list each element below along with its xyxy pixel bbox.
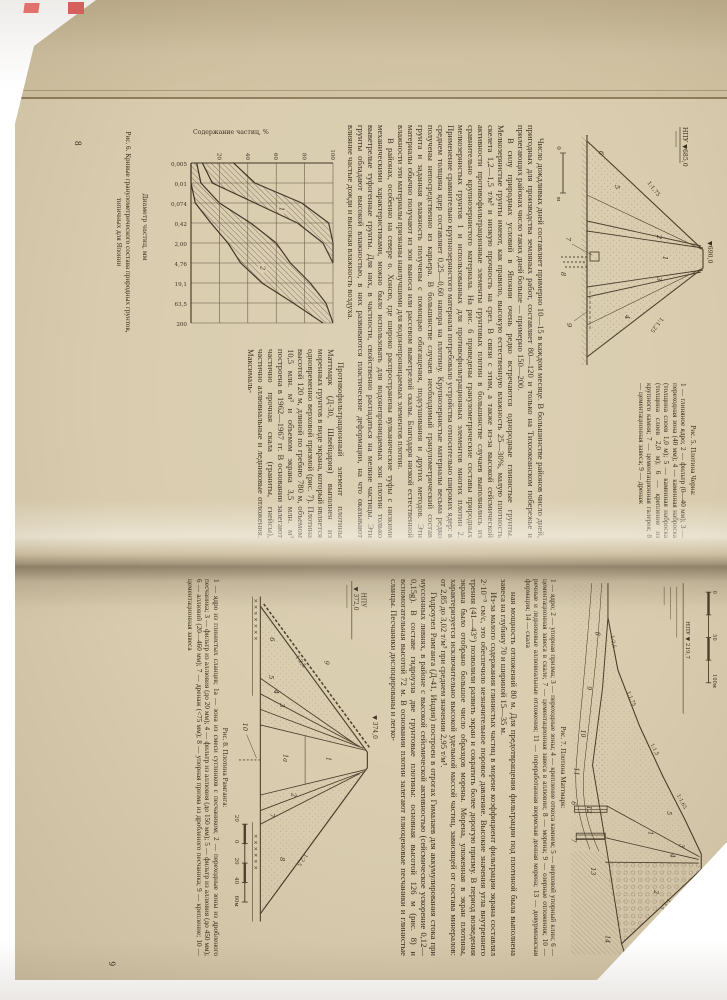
x-tick: 200 — [176, 322, 187, 328]
figure-7-caption-items: 1 — ядро; 2 — упорная призма; 3 — перехо… — [524, 579, 558, 956]
x-axis-label: Диаметр частиц, мм — [141, 194, 148, 261]
page-8: НПУ ▼685,0 ▼690,0 1:1,75 1:1,25 1 2 3 4 … — [15, 97, 727, 552]
zone-label: 5 — [268, 675, 276, 679]
paragraph: ная мощность отложений 80 м. Для предотв… — [500, 579, 520, 956]
y-tick: 80 — [301, 153, 307, 161]
paragraph: Гидроузел Рамганга (Д-41, Индия) построе… — [390, 579, 440, 956]
fig5-scale-zero: 0 — [555, 146, 561, 150]
fig8-scale-tick: 20 — [234, 815, 240, 822]
x-tick: 0,01 — [175, 182, 187, 188]
figure-8-caption: Рис. 8. Плотина Рамганга: 1 — ядро из гл… — [186, 579, 230, 956]
x-tick: 63,5 — [175, 302, 188, 308]
figure-7-caption: Рис. 7. Плотина Маттмарк: 1 — ядро; 2 — … — [524, 579, 568, 956]
grain-size-chart: 1 2 20 40 60 80 100 0,005 0,01 0,074 0,4… — [133, 125, 343, 339]
zone-label: 14 — [603, 935, 610, 943]
x-tick: 0,074 — [171, 202, 187, 208]
fig8-scale-tick: 60м — [234, 895, 240, 907]
zone-label: 9 — [323, 661, 331, 666]
fig5-crest-elevation: ▼690,0 — [706, 241, 713, 264]
band-label: 1 — [278, 207, 286, 211]
zone-label: 2 — [652, 889, 659, 894]
zone-label: 8 — [559, 272, 567, 277]
zone-label: 3 — [278, 703, 286, 707]
zone-label: 8 — [278, 857, 286, 861]
zone-label: 2 — [290, 792, 298, 797]
open-book-spread: НПУ ▼685,0 ▼690,0 1:1,75 1:1,25 1 2 3 4 … — [15, 0, 727, 980]
y-tick: 40 — [244, 153, 250, 161]
zone-label: 5 — [665, 811, 672, 815]
fig8-scale-tick: 40 — [234, 877, 240, 884]
figure-8-block: × × × × × × × × × × × × × НПУ ▼ 372,0 ▼ … — [186, 579, 388, 956]
fig8-npu-label: НПУ — [360, 593, 367, 608]
zone-label: 1 — [325, 757, 333, 761]
zone-label: 6 — [597, 151, 605, 156]
fig7-scale-tick: 0 — [711, 591, 717, 594]
fig8-scale-tick: 0 — [234, 840, 240, 844]
zone-label: 4 — [623, 314, 631, 319]
fig7-scale-tick: 50 — [711, 634, 717, 640]
paragraph: Число дождливых дней составляет примерно… — [516, 125, 546, 538]
figure-8-dam-drawing: × × × × × × × × × × × × × НПУ ▼ 372,0 ▼ … — [232, 579, 388, 939]
zone-label: 10 — [241, 723, 249, 731]
rock-marks: × × × × × × × — [253, 598, 259, 640]
figure-8-caption-title: Рис. 8. Плотина Рамганга: — [221, 579, 230, 956]
zone-label: 1 — [647, 831, 654, 835]
fig7-npu-elevation: НПУ ▼ 219,7 — [684, 621, 690, 659]
page-number-9: 9 — [107, 962, 117, 967]
fig7-scale-tick: 100м — [711, 674, 717, 688]
band-label: 2 — [259, 265, 267, 270]
zone-label: 7 — [564, 237, 572, 242]
zone-label: 7 — [570, 838, 577, 842]
figure-6-chart-block: 1 2 20 40 60 80 100 0,005 0,01 0,074 0,4… — [115, 125, 343, 339]
zone-label: 13 — [589, 867, 596, 875]
paragraph: Из-за малого содержания глинистых частиц… — [440, 579, 500, 956]
x-tick: 4,76 — [175, 262, 188, 268]
zone-label: 1 — [661, 256, 669, 260]
rock-marks: × × × × × × — [253, 834, 259, 870]
paragraph: В силу природных условий в Японии очень … — [396, 125, 516, 538]
fig5-scale-unit: м — [555, 197, 561, 202]
figure-5-caption-title: Рис. 5. Плотина Черна: — [689, 383, 698, 538]
page-stack-edge — [15, 0, 727, 99]
zone-label: 11 — [572, 768, 579, 776]
x-tick: 19,1 — [175, 282, 187, 288]
figure-7-caption-title: Рис. 7. Плотина Маттмарк: — [559, 579, 568, 956]
x-tick: 2,00 — [175, 242, 188, 248]
paragraph: В районах, особенно на севере о. Хонсю, … — [346, 125, 396, 538]
fig8-water-level: ▼ 372,0 — [352, 587, 359, 611]
figure-5-caption-items: 1 — глиняное ядро; 2 — фильтр (0—40 мм);… — [637, 383, 688, 538]
fig5-npu-elevation: НПУ ▼685,0 — [681, 127, 688, 167]
fig8-scale-tick: 20 — [234, 858, 240, 865]
y-tick: 100 — [329, 149, 335, 160]
figure-5-dam-drawing: НПУ ▼685,0 ▼690,0 1:1,75 1:1,25 1 2 3 4 … — [551, 125, 723, 375]
red-sticker — [23, 3, 39, 13]
y-tick: 60 — [272, 153, 278, 161]
book-scan: НПУ ▼685,0 ▼690,0 1:1,75 1:1,25 1 2 3 4 … — [0, 0, 727, 1000]
figure-6-caption: Рис. 6. Кривые гранулометрического соста… — [115, 125, 132, 339]
zone-label: 8 — [593, 632, 600, 636]
fig5-slope-label: 1:1,25 — [648, 316, 664, 334]
y-axis-label: Содержание частиц, % — [193, 129, 269, 136]
zone-label: 6 — [570, 801, 577, 805]
zone-label: 6 — [269, 637, 277, 641]
red-sticker — [68, 2, 84, 14]
y-tick: 20 — [215, 153, 221, 161]
figure-5-block: НПУ ▼685,0 ▼690,0 1:1,75 1:1,25 1 2 3 4 … — [551, 125, 723, 538]
zone-label: 1а — [282, 754, 290, 762]
figure-5-caption: Рис. 5. Плотина Черна: 1 — глиняное ядро… — [637, 383, 698, 538]
x-tick: 0,42 — [175, 222, 188, 228]
zone-label: 9 — [565, 323, 573, 328]
zone-label: 5 — [613, 185, 621, 189]
x-tick: 0,005 — [171, 162, 187, 168]
zone-label: 4 — [272, 689, 280, 694]
fig8-crest-elevation: ▼ 374,0 — [372, 715, 379, 739]
zone-label: 12 — [585, 806, 592, 814]
fig5-slope-label: 1:1,75 — [645, 181, 661, 199]
zone-label: 4 — [668, 853, 675, 858]
zone-label: 3 — [678, 844, 685, 848]
page-number-8: 8 — [73, 141, 83, 146]
zone-label: 3 — [655, 277, 663, 281]
figure-8-caption-items: 1 — ядро из глинистых сланцев; 1а — зона… — [187, 579, 221, 956]
page-9: 0 50 100м НПУ ▼ 219,7 ▼ 220,4 1:2,5 1:1,… — [15, 565, 727, 980]
zone-label: 10 — [579, 730, 586, 738]
zone-label: 9 — [585, 686, 592, 690]
zone-label: 2 — [655, 234, 663, 239]
